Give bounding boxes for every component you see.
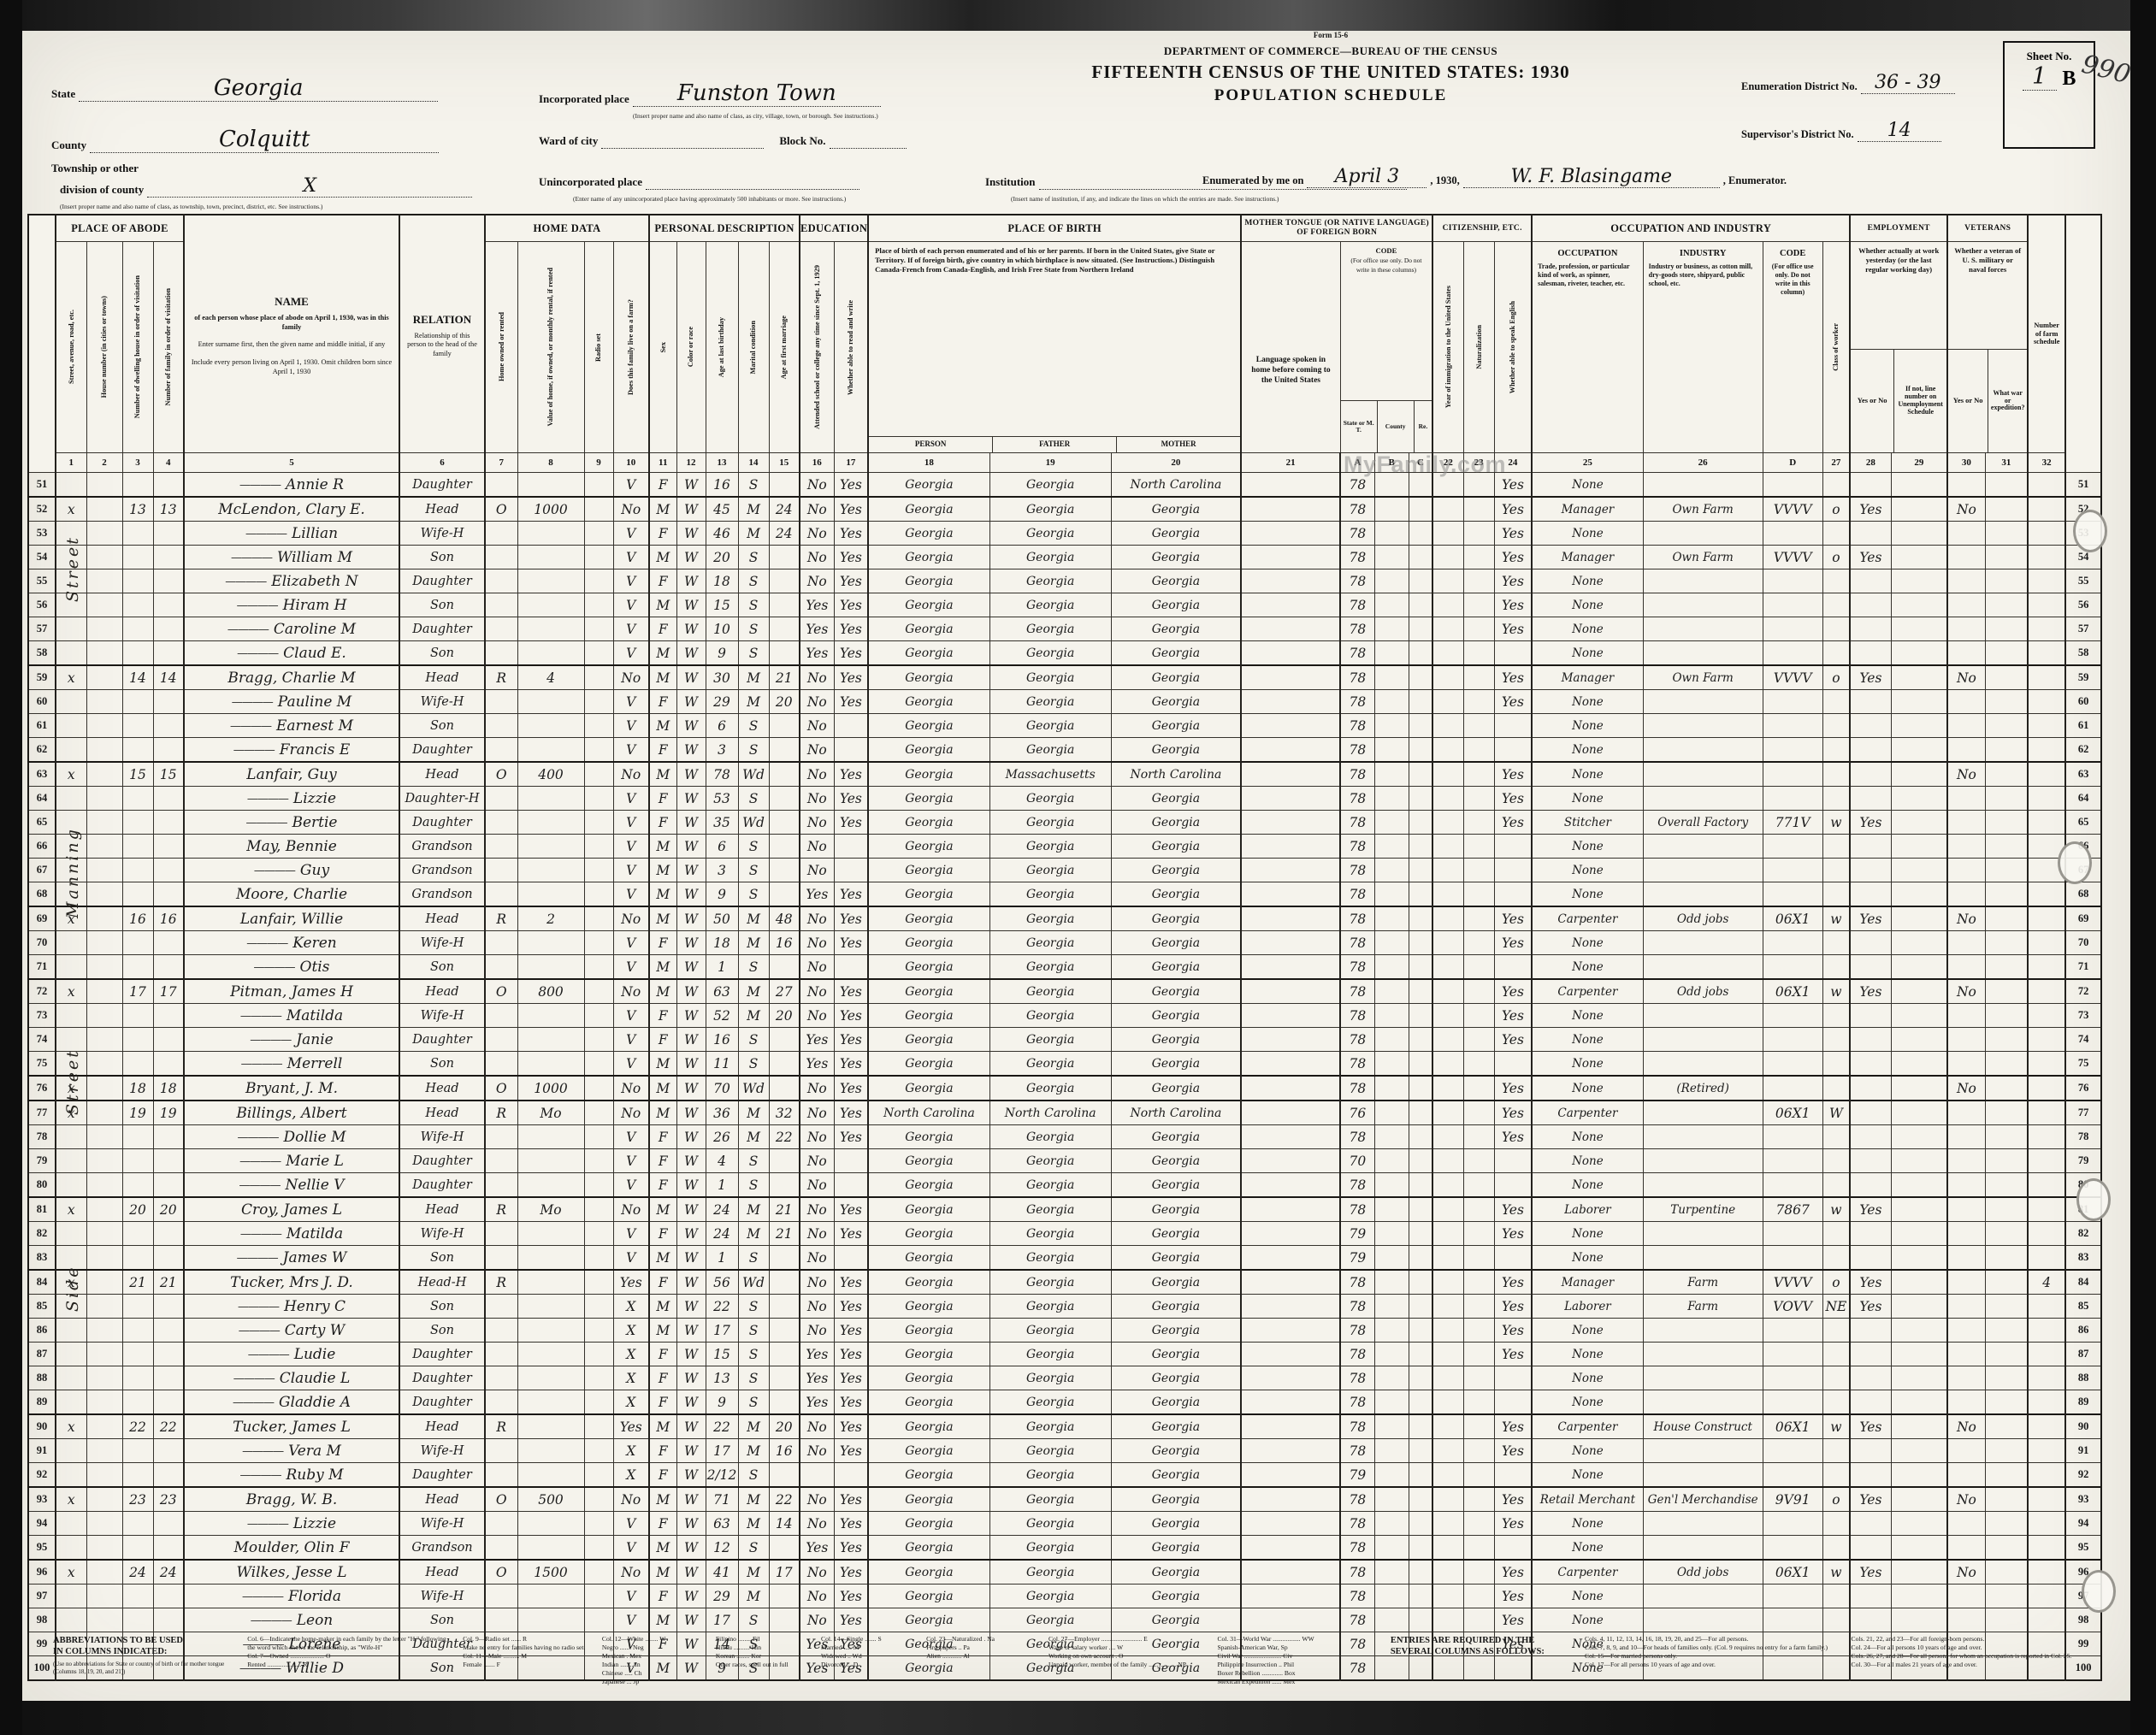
cell-code-d [1763,1076,1822,1101]
cell-farm-schedule [2028,522,2065,546]
cell-age: 53 [706,787,738,811]
county-field: County Colquitt [51,127,439,153]
cell-dwelling [122,1149,153,1173]
line-col-header-right [2065,215,2101,473]
cell-line: 88 [28,1366,56,1390]
cell-language [1241,522,1340,546]
cell-race: W [676,859,706,882]
cell-code-a: 78 [1340,1512,1374,1536]
cell-code-c [1409,690,1432,714]
cell-line: 54 [28,546,56,569]
cell-family [153,1004,184,1028]
cell-age-married: 22 [769,1125,800,1149]
cell-code-b [1374,1173,1409,1198]
cell-line-right: 71 [2065,955,2101,980]
cell-immigration [1432,1585,1463,1608]
cell-dwelling [122,1319,153,1343]
cell-radio [584,593,613,617]
cell-code-b [1374,1463,1409,1488]
cell-dwelling: 17 [122,979,153,1004]
group-name: NAME of each person whose place of abode… [184,215,399,453]
cell-read-write: Yes [834,1439,868,1463]
cell-marital: M [738,1512,769,1536]
cell-farm-schedule [2028,1101,2065,1125]
cell-unemployment [1891,641,1947,666]
cell-dwelling [122,546,153,569]
cell-veteran: No [1947,1076,1985,1101]
cell-unemployment [1891,1197,1947,1222]
cell-value [517,1343,584,1366]
cell-farm: V [613,593,649,617]
cell-family [153,787,184,811]
cell-marital: S [738,1295,769,1319]
cell-code-d: VVVV [1763,1270,1822,1295]
cell-name: ————Lizzie [184,1512,399,1536]
census-row-92: 92————Ruby MDaughterXFW2/12SGeorgiaGeorg… [28,1463,2101,1488]
cell-farm-schedule [2028,1439,2065,1463]
cell-father-birthplace: Georgia [989,1414,1111,1439]
veteran-yesno-label: Yes or No [1948,350,1988,452]
cell-street [56,1463,86,1488]
cell-at-work [1850,835,1891,859]
census-row-57: 57————Caroline MDaughterVFW10SYesYesGeor… [28,617,2101,641]
cell-house [86,1270,122,1295]
census-row-69: 69x1616Lanfair, WillieHeadR2NoMW50M48NoY… [28,906,2101,931]
cell-dwelling [122,1222,153,1246]
cell-code-d [1763,1585,1822,1608]
cell-owned [485,617,517,641]
cell-value: 1000 [517,497,584,522]
cell-race: W [676,665,706,690]
cell-age-married [769,787,800,811]
cell-war [1985,955,2028,980]
cell-unemployment [1891,1076,1947,1101]
legend-col23: Col. 23—Naturalized . NaFirst papers .. … [926,1635,1037,1686]
cell-street [56,931,86,955]
cell-english: Yes [1494,1270,1532,1295]
cell-relation: Son [399,1608,485,1632]
cell-line: 100 [28,1656,56,1681]
cell-line: 84 [28,1270,56,1295]
cell-relation: Daughter [399,1149,485,1173]
cell-house [86,1512,122,1536]
cell-line-right: 93 [2065,1487,2101,1512]
legend-col9-11: Col. 9—Radio set ...... RMake no entry f… [463,1635,590,1686]
cell-occupation: None [1532,1608,1643,1632]
legend-entries-title: ENTRIES ARE REQUIRED IN THE SEVERAL COLU… [1391,1635,1573,1686]
cell-dwelling [122,835,153,859]
ed-label: Enumeration District No. [1741,80,1858,92]
cell-war [1985,1390,2028,1415]
cell-immigration [1432,617,1463,641]
cell-birthplace: Georgia [868,1197,989,1222]
cell-birthplace: Georgia [868,1149,989,1173]
cell-birthplace: Georgia [868,931,989,955]
ditto-dash: ———— [247,793,288,806]
cell-owned [485,1608,517,1632]
cell-war [1985,1608,2028,1632]
cell-dwelling: 13 [122,497,153,522]
cell-line-right: 60 [2065,690,2101,714]
cell-code-c [1409,1076,1432,1101]
cell-dwelling [122,641,153,666]
cell-naturalization [1463,859,1494,882]
cell-war [1985,1560,2028,1585]
state-field: State Georgia [51,75,438,102]
cell-read-write: Yes [834,811,868,835]
cell-farm-schedule [2028,906,2065,931]
cell-immigration [1432,1173,1463,1198]
cell-line: 69 [28,906,56,931]
cell-mother-birthplace: Georgia [1111,522,1241,546]
cell-veteran [1947,1295,1985,1319]
legend-line: Col. 9—Radio set ...... R [463,1635,590,1644]
cell-house [86,762,122,787]
cell-value [517,569,584,593]
cell-sex: M [649,955,676,980]
cell-race: W [676,979,706,1004]
cell-code-a: 78 [1340,1028,1374,1052]
census-table-header: PLACE OF ABODE NAME of each person whose… [28,215,2101,473]
cell-father-birthplace: Georgia [989,1463,1111,1488]
cell-marital: M [738,1585,769,1608]
legend-line: Unpaid worker, member of the family ....… [1048,1661,1205,1669]
cell-language [1241,665,1340,690]
incorporated-field: Incorporated place Funston Town (Insert … [539,80,881,122]
cell-house [86,1366,122,1390]
cell-farm: No [613,1197,649,1222]
cell-code-b [1374,1585,1409,1608]
cell-school: No [800,473,834,498]
cell-mother-birthplace: Georgia [1111,1004,1241,1028]
cell-school: No [800,1076,834,1101]
cell-code-c [1409,882,1432,907]
cell-farm-schedule [2028,955,2065,980]
cell-dwelling [122,1343,153,1366]
cell-line-right: 64 [2065,787,2101,811]
cell-race: W [676,931,706,955]
col-farm-header: Does this family live on a farm? [613,242,649,453]
cell-value [517,1222,584,1246]
cell-code-a: 78 [1340,1585,1374,1608]
cell-farm-schedule [2028,762,2065,787]
cell-age: 3 [706,738,738,763]
cell-value [517,690,584,714]
cell-at-work: Yes [1850,1487,1891,1512]
cell-class-of-worker [1822,1052,1850,1077]
cell-value: 4 [517,665,584,690]
occupation-desc: Trade, profession, or particular kind of… [1533,258,1643,292]
census-row-82: 82————MatildaWife-HVFW24M21NoYesGeorgiaG… [28,1222,2101,1246]
col-dwelling-number-header: Number of dwelling house in order of vis… [122,242,153,453]
cell-owned: O [485,1487,517,1512]
census-table-body: 51————Annie RDaughterVFW16SNoYesGeorgiaG… [28,473,2101,1681]
cell-age-married [769,835,800,859]
cell-naturalization [1463,1414,1494,1439]
cell-unemployment [1891,1270,1947,1295]
cell-farm: V [613,882,649,907]
ditto-dash: ———— [237,647,278,660]
cell-farm-schedule [2028,1608,2065,1632]
cell-birthplace: Georgia [868,1343,989,1366]
cell-birthplace: Georgia [868,546,989,569]
cell-line: 90 [28,1414,56,1439]
cell-street [56,1319,86,1343]
cell-read-write: Yes [834,1390,868,1415]
cell-sex: M [649,1560,676,1585]
cell-age-married: 32 [769,1101,800,1125]
cell-house [86,1585,122,1608]
column-number-8: 8 [517,453,584,473]
scan-edge-bottom [0,1701,2156,1735]
cell-mother-birthplace: Georgia [1111,1536,1241,1561]
cell-class-of-worker: w [1822,1560,1850,1585]
legend-line: Chinese ..... Ch [602,1669,704,1678]
legend-entries-left: Cols. 4, 11, 12, 13, 14, 16, 18, 19, 20,… [1585,1635,1839,1686]
cell-family: 19 [153,1101,184,1125]
cell-sex: F [649,1390,676,1415]
cell-father-birthplace: Georgia [989,859,1111,882]
cell-sex: F [649,1125,676,1149]
cell-language [1241,546,1340,569]
cell-code-b [1374,859,1409,882]
cell-veteran [1947,1439,1985,1463]
cell-code-b [1374,497,1409,522]
cell-naturalization [1463,1585,1494,1608]
cell-industry: Odd jobs [1643,979,1763,1004]
cell-unemployment [1891,811,1947,835]
cell-school: No [800,1560,834,1585]
cell-house [86,931,122,955]
cell-race: W [676,1366,706,1390]
cell-age-married [769,593,800,617]
cell-name: ————Otis [184,955,399,980]
cell-dwelling [122,690,153,714]
cell-age: 1 [706,1173,738,1198]
cell-code-a: 70 [1340,1149,1374,1173]
cell-line-right: 87 [2065,1343,2101,1366]
cell-read-write: Yes [834,1052,868,1077]
cell-sex: M [649,641,676,666]
ward-value [601,148,764,149]
cell-occupation: Carpenter [1532,906,1643,931]
cell-farm-schedule [2028,1173,2065,1198]
cell-farm: V [613,569,649,593]
cell-family [153,690,184,714]
cell-naturalization [1463,1560,1494,1585]
cell-radio [584,1366,613,1390]
cell-age: 24 [706,1222,738,1246]
cell-code-d [1763,714,1822,738]
cell-veteran: No [1947,1414,1985,1439]
cell-house [86,787,122,811]
legend-col31: Col. 31—World War ................. WWSp… [1217,1635,1378,1686]
cell-code-c [1409,1319,1432,1343]
entries-rule-line: Cols. 4, 11, 12, 13, 14, 16, 18, 19, 20,… [1585,1635,1839,1644]
cell-family [153,955,184,980]
cell-mother-birthplace: Georgia [1111,906,1241,931]
census-table: PLACE OF ABODE NAME of each person whose… [27,214,2102,1681]
cell-owned [485,690,517,714]
cell-naturalization [1463,1512,1494,1536]
cell-code-b [1374,1222,1409,1246]
cell-code-c [1409,955,1432,980]
cell-father-birthplace: Georgia [989,835,1111,859]
cell-unemployment [1891,1101,1947,1125]
cell-birthplace: Georgia [868,569,989,593]
cell-house [86,1222,122,1246]
cell-age-married: 16 [769,1439,800,1463]
cell-birthplace: Georgia [868,641,989,666]
cell-farm-schedule [2028,1463,2065,1488]
cell-code-c [1409,1512,1432,1536]
cell-dwelling [122,787,153,811]
cell-house [86,522,122,546]
cell-naturalization [1463,1004,1494,1028]
cell-class-of-worker [1822,859,1850,882]
cell-radio [584,882,613,907]
legend-col12: Col. 12—White ........ WNegro ....... Ne… [602,1635,704,1686]
ditto-dash: ———— [239,1469,281,1482]
cell-code-a: 78 [1340,714,1374,738]
cell-code-a: 78 [1340,665,1374,690]
cell-relation: Head [399,1101,485,1125]
cell-mother-birthplace: Georgia [1111,1246,1241,1271]
legend-title-2: IN COLUMNS INDICATED: [53,1647,167,1656]
cell-farm: V [613,473,649,498]
cell-read-write: Yes [834,1197,868,1222]
cell-race: W [676,1560,706,1585]
cell-unemployment [1891,955,1947,980]
group-occupation-industry: OCCUPATION AND INDUSTRY [1532,215,1850,242]
cell-occupation: Manager [1532,665,1643,690]
cell-age-married: 16 [769,931,800,955]
cell-language [1241,811,1340,835]
cell-dwelling [122,1463,153,1488]
cell-veteran [1947,1270,1985,1295]
cell-language [1241,1295,1340,1319]
census-row-91: 91————Vera MWife-HXFW17M16NoYesGeorgiaGe… [28,1439,2101,1463]
cell-house [86,1101,122,1125]
cell-owned [485,1585,517,1608]
cell-at-work [1850,1052,1891,1077]
cell-sex: M [649,979,676,1004]
cell-farm: V [613,641,649,666]
cell-house [86,979,122,1004]
cell-class-of-worker [1822,1173,1850,1198]
cell-immigration [1432,835,1463,859]
ditto-dash: ———— [237,1252,278,1265]
cell-read-write [834,955,868,980]
cell-war [1985,1414,2028,1439]
cell-class-of-worker [1822,1246,1850,1271]
cell-marital: M [738,906,769,931]
cell-english: Yes [1494,1197,1532,1222]
cell-sex: M [649,882,676,907]
cell-radio [584,569,613,593]
cell-owned [485,1246,517,1271]
cell-radio [584,473,613,498]
cell-unemployment [1891,546,1947,569]
cell-marital: Wd [738,1076,769,1101]
cell-veteran [1947,569,1985,593]
cell-dwelling [122,1390,153,1415]
cell-class-of-worker [1822,1390,1850,1415]
legend-line: Spanish-American War, Sp [1217,1644,1378,1652]
cell-mother-birthplace: Georgia [1111,1439,1241,1463]
cell-father-birthplace: Georgia [989,979,1111,1004]
cell-read-write [834,835,868,859]
cell-english [1494,714,1532,738]
cell-father-birthplace: Georgia [989,1560,1111,1585]
cell-war [1985,931,2028,955]
cell-farm-schedule [2028,569,2065,593]
cell-occupation: None [1532,882,1643,907]
cell-code-c [1409,1366,1432,1390]
census-row-88: 88————Claudie LDaughterXFW13SYesYesGeorg… [28,1366,2101,1390]
col-farm-schedule-header: Number of farm schedule [2028,215,2065,453]
cell-father-birthplace: Georgia [989,1173,1111,1198]
cell-industry [1643,1439,1763,1463]
cell-unemployment [1891,835,1947,859]
cell-class-of-worker: w [1822,1414,1850,1439]
cell-code-c [1409,714,1432,738]
cell-english: Yes [1494,1487,1532,1512]
cell-radio [584,1197,613,1222]
cell-read-write: Yes [834,1487,868,1512]
cell-code-b [1374,1512,1409,1536]
cell-class-of-worker [1822,473,1850,498]
cell-code-a: 78 [1340,690,1374,714]
cell-english [1494,955,1532,980]
cell-owned [485,1125,517,1149]
cell-father-birthplace: Georgia [989,546,1111,569]
cell-dwelling: 16 [122,906,153,931]
cell-code-b [1374,955,1409,980]
cell-industry [1643,1028,1763,1052]
cell-farm-schedule [2028,546,2065,569]
cell-mother-birthplace: Georgia [1111,1125,1241,1149]
cell-line: 64 [28,787,56,811]
cell-immigration [1432,1608,1463,1632]
cell-value [517,787,584,811]
cell-farm-schedule [2028,665,2065,690]
cell-radio [584,1270,613,1295]
pob-mother-label: MOTHER [1116,437,1240,452]
scan-edge-left [0,0,22,1735]
cell-line: 92 [28,1463,56,1488]
cell-street [56,1512,86,1536]
cell-sex: F [649,473,676,498]
cell-name: ————Lillian [184,522,399,546]
cell-english: Yes [1494,1343,1532,1366]
cell-immigration [1432,1439,1463,1463]
legend-line: Alien ............ Al [926,1652,1037,1661]
cell-house [86,1390,122,1415]
cell-race: W [676,1463,706,1488]
cell-radio [584,1585,613,1608]
cell-occupation: None [1532,1319,1643,1343]
cell-radio [584,1173,613,1198]
cell-school: No [800,690,834,714]
cell-value [517,1149,584,1173]
veterans-desc: Whether a veteran of U. S. military or n… [1948,242,2027,349]
cell-english [1494,835,1532,859]
cell-code-b [1374,1560,1409,1585]
cell-street: x [56,979,86,1004]
cell-father-birthplace: Georgia [989,787,1111,811]
cell-value: 500 [517,1487,584,1512]
